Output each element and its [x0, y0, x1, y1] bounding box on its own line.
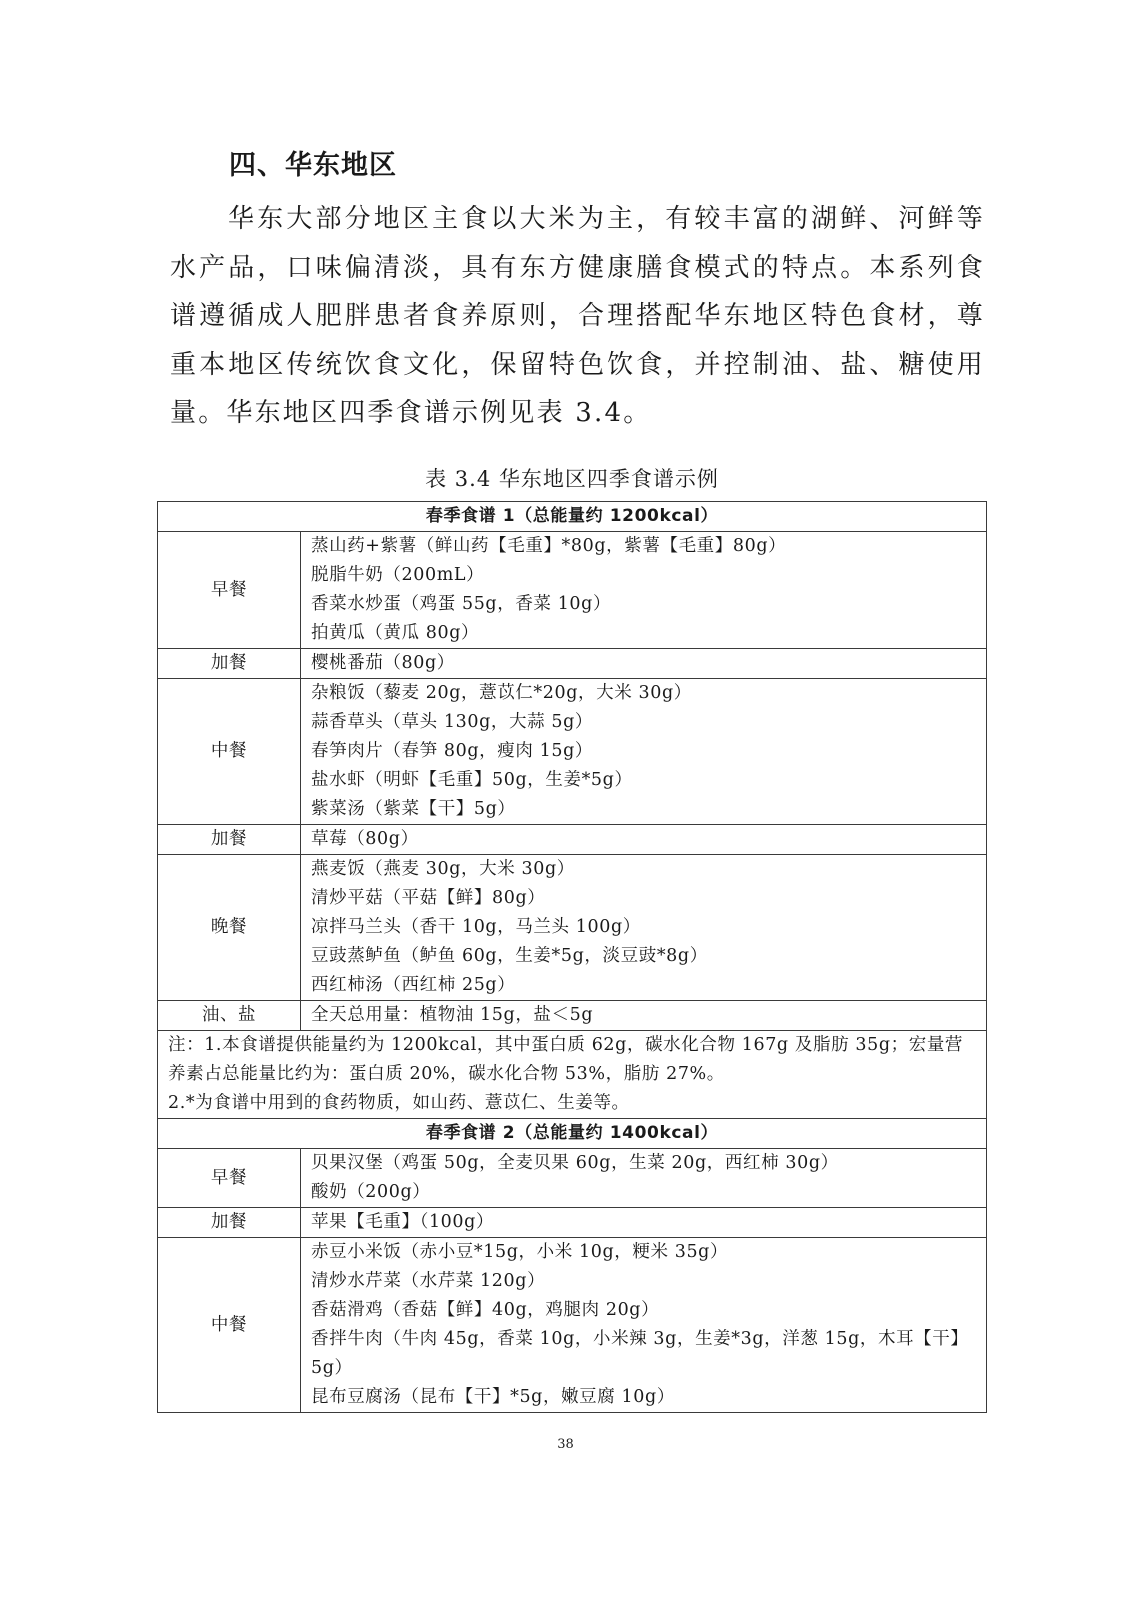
meal-items: 樱桃番茄（80g） [301, 649, 987, 679]
menu-item: 凉拌马兰头（香干 10g，马兰头 100g） [311, 913, 976, 942]
body-paragraph: 华东大部分地区主食以大米为主，有较丰富的湖鲜、河鲜等水产品，口味偏清淡，具有东方… [170, 195, 985, 438]
menu-item: 赤豆小米饭（赤小豆*15g，小米 10g，粳米 35g） [311, 1238, 976, 1267]
meal-label: 早餐 [158, 1149, 301, 1208]
table-row: 油、盐 全天总用量：植物油 15g，盐＜5g [158, 1001, 987, 1031]
note-line: 注：1.本食谱提供能量约为 1200kcal，其中蛋白质 62g，碳水化合物 1… [168, 1031, 976, 1089]
meal-items: 贝果汉堡（鸡蛋 50g，全麦贝果 60g，生菜 20g，西红柿 30g） 酸奶（… [301, 1149, 987, 1208]
menu-item: 香菜水炒蛋（鸡蛋 55g，香菜 10g） [311, 590, 976, 619]
menu-item: 脱脂牛奶（200mL） [311, 561, 976, 590]
menu-item: 苹果【毛重】（100g） [311, 1208, 976, 1237]
menu-item: 杂粮饭（藜麦 20g，薏苡仁*20g，大米 30g） [311, 679, 976, 708]
menu-item: 樱桃番茄（80g） [311, 649, 976, 678]
meal-label: 加餐 [158, 825, 301, 855]
page-number: 38 [0, 1437, 1131, 1452]
menu-item: 酸奶（200g） [311, 1178, 976, 1207]
meal-items: 燕麦饭（燕麦 30g，大米 30g） 清炒平菇（平菇【鲜】80g） 凉拌马兰头（… [301, 855, 987, 1001]
document-page: 四、华东地区 华东大部分地区主食以大米为主，有较丰富的湖鲜、河鲜等水产品，口味偏… [0, 0, 1131, 1600]
menu-item: 全天总用量：植物油 15g，盐＜5g [311, 1001, 976, 1030]
menu-item: 香菇滑鸡（香菇【鲜】40g，鸡腿肉 20g） [311, 1296, 976, 1325]
section-heading: 四、华东地区 [229, 146, 397, 186]
seasonal-menu-table: 春季食谱 1（总能量约 1200kcal） 早餐 蒸山药+紫薯（鲜山药【毛重】*… [157, 501, 987, 1413]
meal-label: 加餐 [158, 1208, 301, 1238]
menu-title-row: 春季食谱 1（总能量约 1200kcal） [158, 502, 987, 532]
intro-paragraph: 华东大部分地区主食以大米为主，有较丰富的湖鲜、河鲜等水产品，口味偏清淡，具有东方… [170, 195, 985, 438]
menu-item: 燕麦饭（燕麦 30g，大米 30g） [311, 855, 976, 884]
menu-item: 豆豉蒸鲈鱼（鲈鱼 60g，生姜*5g，淡豆豉*8g） [311, 942, 976, 971]
menu-title-row: 春季食谱 2（总能量约 1400kcal） [158, 1119, 987, 1149]
menu-item: 香拌牛肉（牛肉 45g，香菜 10g，小米辣 3g，生姜*3g，洋葱 15g，木… [311, 1325, 976, 1383]
table-row: 中餐 杂粮饭（藜麦 20g，薏苡仁*20g，大米 30g） 蒜香草头（草头 13… [158, 679, 987, 825]
meal-items: 苹果【毛重】（100g） [301, 1208, 987, 1238]
table-row: 加餐 苹果【毛重】（100g） [158, 1208, 987, 1238]
menu-item: 紫菜汤（紫菜【干】5g） [311, 795, 976, 824]
menu-title: 春季食谱 2（总能量约 1400kcal） [158, 1119, 987, 1149]
notes-row: 注：1.本食谱提供能量约为 1200kcal，其中蛋白质 62g，碳水化合物 1… [158, 1031, 987, 1119]
menu-item: 春笋肉片（春笋 80g，瘦肉 15g） [311, 737, 976, 766]
menu-item: 西红柿汤（西红柿 25g） [311, 971, 976, 1000]
menu-item: 贝果汉堡（鸡蛋 50g，全麦贝果 60g，生菜 20g，西红柿 30g） [311, 1149, 976, 1178]
menu-item: 清炒平菇（平菇【鲜】80g） [311, 884, 976, 913]
menu-item: 昆布豆腐汤（昆布【干】*5g，嫩豆腐 10g） [311, 1383, 976, 1412]
meal-items: 全天总用量：植物油 15g，盐＜5g [301, 1001, 987, 1031]
meal-label: 中餐 [158, 1238, 301, 1413]
table-row: 加餐 草莓（80g） [158, 825, 987, 855]
menu-title: 春季食谱 1（总能量约 1200kcal） [158, 502, 987, 532]
menu-item: 清炒水芹菜（水芹菜 120g） [311, 1267, 976, 1296]
meal-items: 蒸山药+紫薯（鲜山药【毛重】*80g，紫薯【毛重】80g） 脱脂牛奶（200mL… [301, 532, 987, 649]
notes-cell: 注：1.本食谱提供能量约为 1200kcal，其中蛋白质 62g，碳水化合物 1… [158, 1031, 987, 1119]
table-row: 加餐 樱桃番茄（80g） [158, 649, 987, 679]
table-row: 中餐 赤豆小米饭（赤小豆*15g，小米 10g，粳米 35g） 清炒水芹菜（水芹… [158, 1238, 987, 1413]
menu-item: 盐水虾（明虾【毛重】50g，生姜*5g） [311, 766, 976, 795]
meal-items: 赤豆小米饭（赤小豆*15g，小米 10g，粳米 35g） 清炒水芹菜（水芹菜 1… [301, 1238, 987, 1413]
meal-label: 中餐 [158, 679, 301, 825]
table-row: 晚餐 燕麦饭（燕麦 30g，大米 30g） 清炒平菇（平菇【鲜】80g） 凉拌马… [158, 855, 987, 1001]
table-row: 早餐 贝果汉堡（鸡蛋 50g，全麦贝果 60g，生菜 20g，西红柿 30g） … [158, 1149, 987, 1208]
table-row: 早餐 蒸山药+紫薯（鲜山药【毛重】*80g，紫薯【毛重】80g） 脱脂牛奶（20… [158, 532, 987, 649]
note-line: 2.*为食谱中用到的食药物质，如山药、薏苡仁、生姜等。 [168, 1089, 976, 1118]
menu-item: 蒜香草头（草头 130g，大蒜 5g） [311, 708, 976, 737]
meal-label: 晚餐 [158, 855, 301, 1001]
meal-label: 油、盐 [158, 1001, 301, 1031]
menu-item: 拍黄瓜（黄瓜 80g） [311, 619, 976, 648]
menu-item: 蒸山药+紫薯（鲜山药【毛重】*80g，紫薯【毛重】80g） [311, 532, 976, 561]
meal-items: 杂粮饭（藜麦 20g，薏苡仁*20g，大米 30g） 蒜香草头（草头 130g，… [301, 679, 987, 825]
meal-items: 草莓（80g） [301, 825, 987, 855]
menu-item: 草莓（80g） [311, 825, 976, 854]
meal-label: 早餐 [158, 532, 301, 649]
meal-label: 加餐 [158, 649, 301, 679]
table-caption: 表 3.4 华东地区四季食谱示例 [157, 463, 987, 495]
